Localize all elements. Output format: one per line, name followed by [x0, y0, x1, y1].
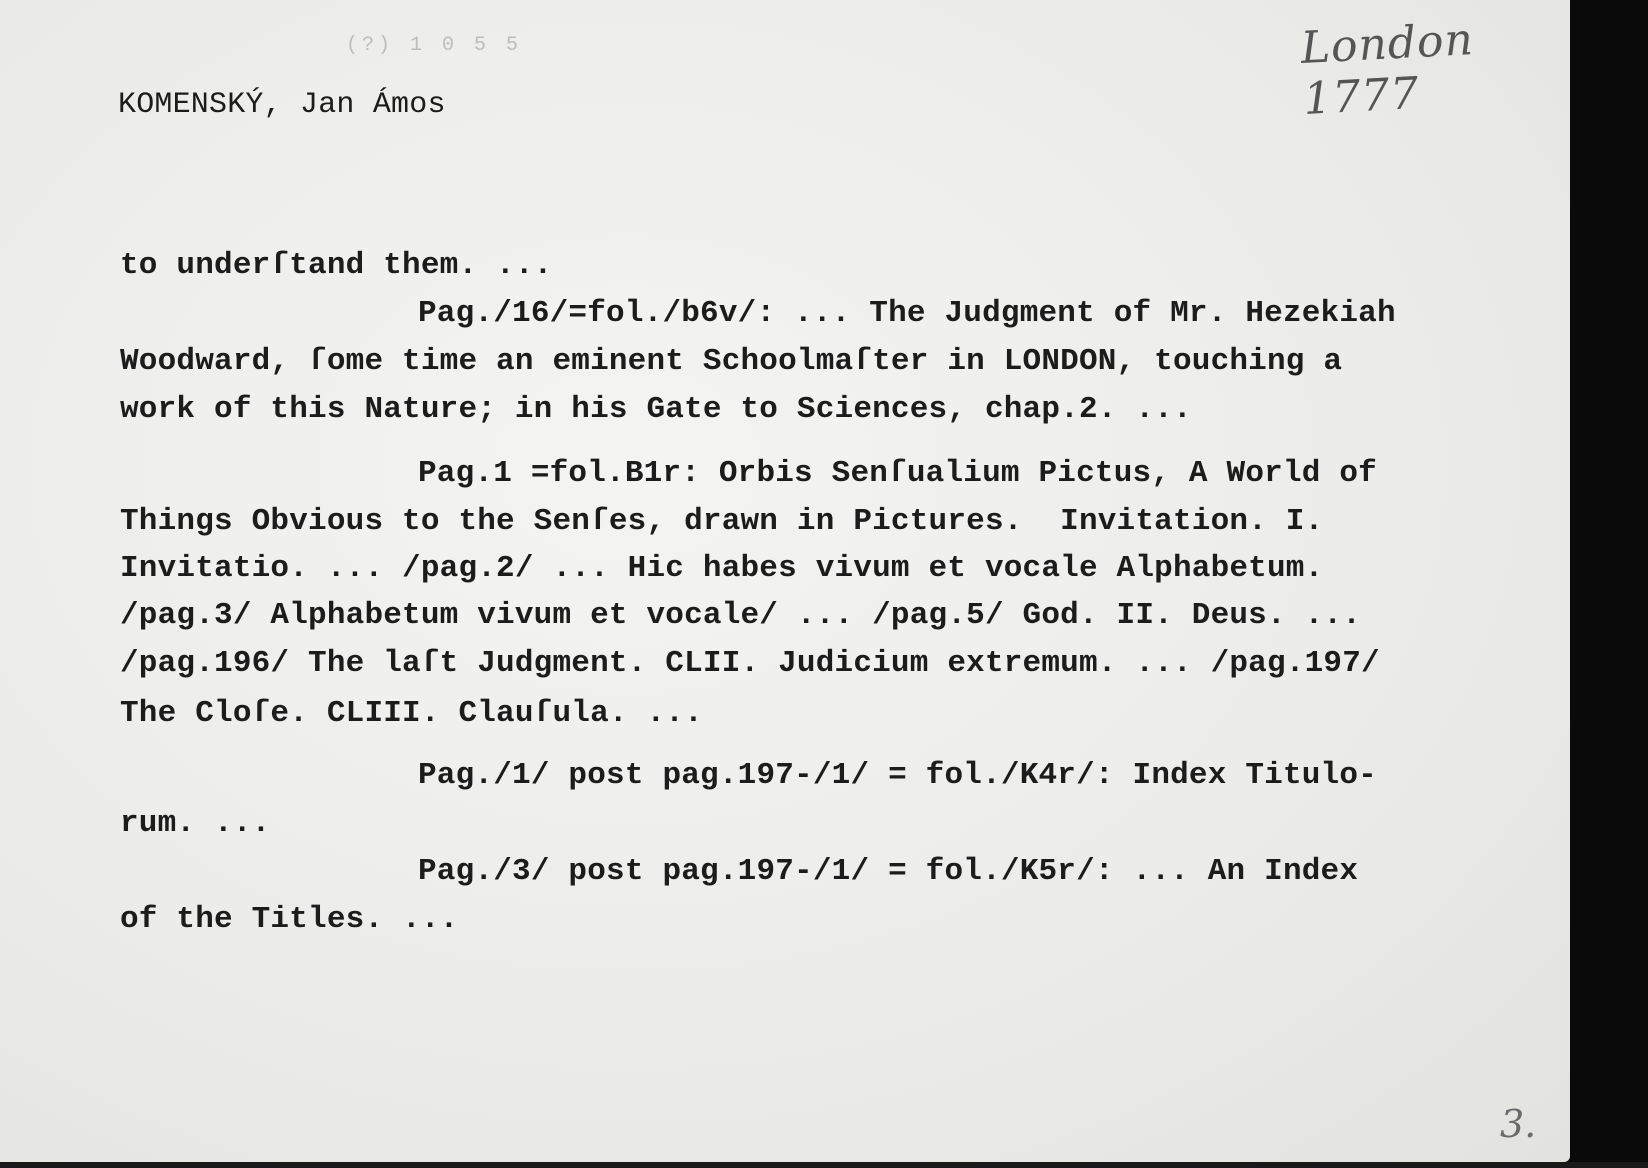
text-line: Pag.1 =fol.B1r: Orbis Senſualium Pictus,…	[418, 456, 1377, 491]
text-line: of the Titles. ...	[120, 902, 458, 937]
text-line: Pag./3/ post pag.197-/1/ = fol./K5r/: ..…	[418, 854, 1358, 889]
faint-stamp: (?) 1 0 5 5	[346, 34, 522, 57]
scan-border-bottom	[0, 1162, 1648, 1168]
text-line: work of this Nature; in his Gate to Scie…	[120, 392, 1192, 427]
handwritten-place-date: London 1777	[1300, 9, 1573, 125]
text-line: to underſtand them. ...	[120, 248, 552, 283]
text-line: rum. ...	[120, 806, 270, 841]
text-line: Pag./1/ post pag.197-/1/ = fol./K4r/: In…	[418, 758, 1377, 793]
catalog-card: (?) 1 0 5 5 KOMENSKÝ, Jan Ámos London 17…	[0, 0, 1570, 1162]
text-line: Pag./16/=fol./b6v/: ... The Judgment of …	[418, 296, 1396, 331]
text-line: Woodward, ſome time an eminent Schoolmaſ…	[120, 344, 1342, 379]
text-line: Invitatio. ... /pag.2/ ... Hic habes viv…	[120, 551, 1323, 586]
author-heading: KOMENSKÝ, Jan Ámos	[118, 88, 446, 122]
text-line: /pag.3/ Alphabetum vivum et vocale/ ... …	[120, 598, 1361, 633]
text-line: Things Obvious to the Senſes, drawn in P…	[120, 504, 1323, 539]
scan-border-right	[1570, 0, 1648, 1168]
handwritten-card-number: 3.	[1500, 1102, 1536, 1146]
text-line: The Cloſe. CLIII. Clauſula. ...	[120, 696, 703, 731]
text-line: /pag.196/ The laſt Judgment. CLII. Judic…	[120, 646, 1380, 681]
